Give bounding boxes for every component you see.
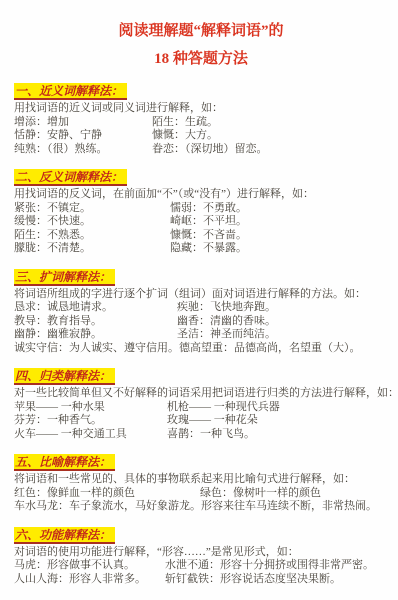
section-intro: 将词语所组成的字进行逐个扩词（组词）面对词语进行解释的方法。如：	[14, 288, 388, 302]
intro-text: 对一些比较简单但又不好解释的词语采用把词语进行归类的方法进行解释，如：	[14, 387, 398, 401]
example-right: 玫瑰—— 一种花朵	[167, 414, 258, 428]
intro-text: 将词语所组成的字进行逐个扩词（组词）面对词语进行解释的方法。如：	[14, 288, 366, 302]
section-intro: 对一些比较简单但又不好解释的词语采用把词语进行归类的方法进行解释，如：	[14, 387, 388, 401]
example-right: 幽香：清幽的香味。	[177, 315, 276, 329]
example-left: 幽静：幽雅寂静。	[14, 328, 177, 342]
section-heading-row: 一、近义词解释法：	[14, 83, 388, 100]
section-categorize-method: 四、归类解释法： 对一些比较简单但又不好解释的词语采用把词语进行归类的方法进行解…	[14, 368, 388, 441]
section-heading-row: 四、归类解释法：	[14, 368, 388, 385]
section-heading-row: 五、比喻解释法：	[14, 454, 388, 471]
note-text: 车水马龙：车子象流水，马好象游龙。形容来往车马连续不断，非常热闹。	[14, 500, 377, 514]
section-heading: 四、归类解释法：	[14, 368, 115, 385]
example-row: 恳求：诚恳地请求。 疾驰：飞快地奔跑。	[14, 301, 388, 315]
example-row: 红色：像鲜血一样的颜色 绿色：像树叶一样的颜色	[14, 487, 388, 501]
example-left: 缓慢：不快速。	[14, 215, 170, 229]
example-right: 眷恋：（深切地）留恋。	[152, 143, 268, 157]
example-row: 苹果—— 一种水果 机枪—— 一种现代兵器	[14, 401, 388, 415]
section-antonym-method: 二、反义词解释法： 用找词语的反义词，在前面加“不”（或“没有”）进行解释，如：…	[14, 169, 388, 256]
section-intro: 对词语的使用功能进行解释，“形容……”是常见形式，如：	[14, 546, 388, 560]
example-right: 懦弱：不勇敢。	[170, 202, 247, 216]
example-left: 人山人海：形容人非常多。	[14, 573, 165, 587]
example-row: 朦胧：不清楚。 隐藏：不暴露。	[14, 242, 388, 256]
example-left: 陌生：不熟悉。	[14, 229, 170, 243]
example-left: 教导：教育指导。	[14, 315, 177, 329]
section-heading: 二、反义词解释法：	[14, 169, 127, 186]
example-left: 诚实守信：为人诚实、遵守信用。	[14, 342, 179, 356]
example-left: 苹果—— 一种水果	[14, 401, 167, 415]
example-right: 水泄不通：形容十分拥挤或围得非常严密。	[165, 559, 374, 573]
example-left: 紧张：不镇定。	[14, 202, 170, 216]
section-heading: 一、近义词解释法：	[14, 83, 127, 100]
example-right: 崎岖：不平坦。	[170, 215, 247, 229]
example-row: 缓慢：不快速。 崎岖：不平坦。	[14, 215, 388, 229]
example-right: 绿色：像树叶一样的颜色	[200, 487, 321, 501]
section-synonym-method: 一、近义词解释法： 用找词语的近义词或同义词进行解释，如： 增添：增加 陌生：生…	[14, 83, 388, 156]
example-row: 恬静：安静、宁静 慷慨：大方。	[14, 129, 388, 143]
title-line-1: 阅读理解题“解释词语”的	[14, 20, 388, 42]
section-function-method: 六、功能解释法： 对词语的使用功能进行解释，“形容……”是常见形式，如： 马虎：…	[14, 527, 388, 587]
section-intro: 将词语和一些常见的、具体的事物联系起来用比喻句式进行解释，如：	[14, 473, 388, 487]
example-left: 恳求：诚恳地请求。	[14, 301, 177, 315]
example-left: 芬芳：一种香气。	[14, 414, 167, 428]
example-right: 喜鹊：一种飞鸟。	[167, 428, 255, 442]
example-left: 恬静：安静、宁静	[14, 129, 152, 143]
example-right: 机枪—— 一种现代兵器	[167, 401, 280, 415]
example-right: 圣洁：神圣而纯洁。	[177, 328, 276, 342]
example-row: 紧张：不镇定。 懦弱：不勇敢。	[14, 202, 388, 216]
example-row: 增添：增加 陌生：生疏。	[14, 116, 388, 130]
section-metaphor-method: 五、比喻解释法： 将词语和一些常见的、具体的事物联系起来用比喻句式进行解释，如：…	[14, 454, 388, 514]
section-word-expansion-method: 三、扩词解释法： 将词语所组成的字进行逐个扩词（组词）面对词语进行解释的方法。如…	[14, 269, 388, 356]
example-right: 陌生：生疏。	[152, 116, 218, 130]
section-heading-row: 三、扩词解释法：	[14, 269, 388, 286]
example-row: 马虎：形容做事不认真。 水泄不通：形容十分拥挤或围得非常严密。	[14, 559, 388, 573]
example-row: 纯熟：（很）熟练。 眷恋：（深切地）留恋。	[14, 143, 388, 157]
example-left: 纯熟：（很）熟练。	[14, 143, 152, 157]
example-left: 增添：增加	[14, 116, 152, 130]
section-heading-row: 六、功能解释法：	[14, 527, 388, 544]
example-right: 隐藏：不暴露。	[170, 242, 247, 256]
title-line-2: 18 种答题方法	[14, 48, 388, 70]
document-title: 阅读理解题“解释词语”的 18 种答题方法	[14, 20, 388, 70]
example-left: 火车—— 一种交通工具	[14, 428, 167, 442]
example-right: 斩钉截铁：形容说话态度坚决果断。	[165, 573, 341, 587]
document-page: 阅读理解题“解释词语”的 18 种答题方法 一、近义词解释法： 用找词语的近义词…	[0, 0, 398, 600]
example-note: 车水马龙：车子象流水，马好象游龙。形容来往车马连续不断，非常热闹。	[14, 500, 388, 514]
example-row: 火车—— 一种交通工具 喜鹊：一种飞鸟。	[14, 428, 388, 442]
section-heading-row: 二、反义词解释法：	[14, 169, 388, 186]
example-row: 诚实守信：为人诚实、遵守信用。 德高望重：品德高尚，名望重（大）。	[14, 342, 388, 356]
intro-text: 用找词语的近义词或同义词进行解释，如：	[14, 102, 223, 116]
example-left: 马虎：形容做事不认真。	[14, 559, 165, 573]
example-row: 幽静：幽雅寂静。 圣洁：神圣而纯洁。	[14, 328, 388, 342]
intro-text: 将词语和一些常见的、具体的事物联系起来用比喻句式进行解释，如：	[14, 473, 355, 487]
example-right: 慷慨：不吝啬。	[170, 229, 247, 243]
section-heading: 五、比喻解释法：	[14, 454, 115, 471]
section-intro: 用找词语的近义词或同义词进行解释，如：	[14, 102, 388, 116]
section-intro: 用找词语的反义词，在前面加“不”（或“没有”）进行解释，如：	[14, 188, 388, 202]
section-heading: 三、扩词解释法：	[14, 269, 115, 286]
example-row: 陌生：不熟悉。 慷慨：不吝啬。	[14, 229, 388, 243]
example-right: 慷慨：大方。	[152, 129, 218, 143]
example-left: 朦胧：不清楚。	[14, 242, 170, 256]
intro-text: 对词语的使用功能进行解释，“形容……”是常见形式，如：	[14, 546, 299, 560]
section-heading: 六、功能解释法：	[14, 527, 115, 544]
example-left: 红色：像鲜血一样的颜色	[14, 487, 200, 501]
intro-text: 用找词语的反义词，在前面加“不”（或“没有”）进行解释，如：	[14, 188, 314, 202]
example-row: 芬芳：一种香气。 玫瑰—— 一种花朵	[14, 414, 388, 428]
example-right: 疾驰：飞快地奔跑。	[177, 301, 276, 315]
example-right: 德高望重：品德高尚，名望重（大）。	[179, 342, 361, 356]
example-row: 人山人海：形容人非常多。 斩钉截铁：形容说话态度坚决果断。	[14, 573, 388, 587]
example-row: 教导：教育指导。 幽香：清幽的香味。	[14, 315, 388, 329]
